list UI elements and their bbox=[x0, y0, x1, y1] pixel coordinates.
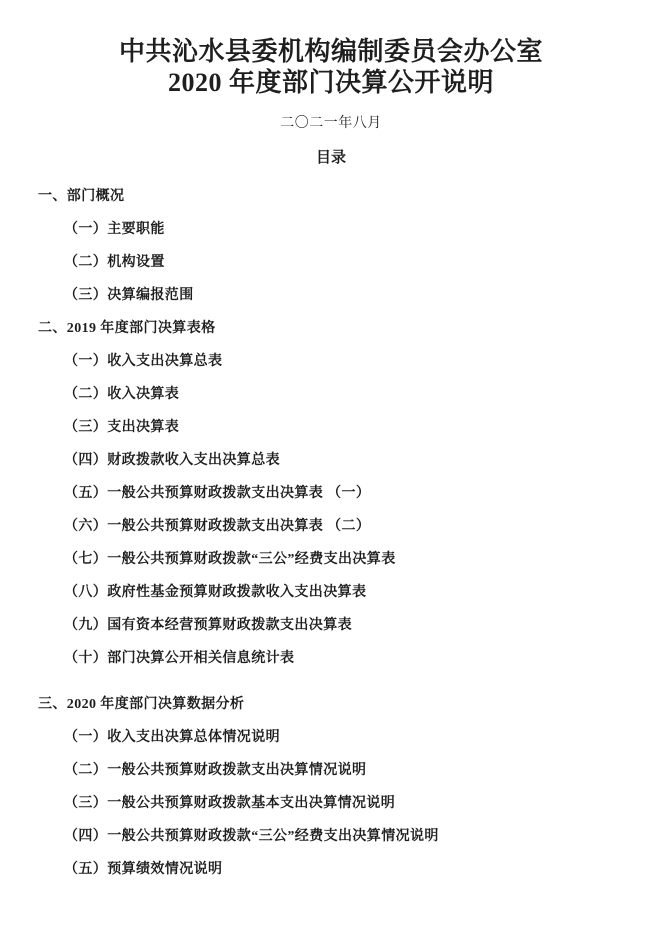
toc-item: （十）部门决算公开相关信息统计表 bbox=[0, 642, 662, 675]
toc-section-3-heading: 三、2020 年度部门决算数据分析 bbox=[0, 688, 662, 721]
toc-item: （七）一般公共预算财政拨款“三公”经费支出决算表 bbox=[0, 543, 662, 576]
toc-item: （三）决算编报范围 bbox=[0, 279, 662, 312]
toc-item: （四）一般公共预算财政拨款“三公”经费支出决算情况说明 bbox=[0, 820, 662, 853]
document-date: 二〇二一年八月 bbox=[0, 114, 662, 134]
toc-item: （一）收入支出决算总表 bbox=[0, 345, 662, 378]
document-title-line2: 2020 年度部门决算公开说明 bbox=[0, 67, 662, 98]
table-of-contents: 一、部门概况 （一）主要职能 （二）机构设置 （三）决算编报范围 二、2019 … bbox=[0, 180, 662, 886]
document-title: 中共沁水县委机构编制委员会办公室 2020 年度部门决算公开说明 bbox=[0, 36, 662, 98]
toc-item: （八）政府性基金预算财政拨款收入支出决算表 bbox=[0, 576, 662, 609]
toc-item: （二）收入决算表 bbox=[0, 378, 662, 411]
toc-section-2-heading: 二、2019 年度部门决算表格 bbox=[0, 312, 662, 345]
toc-item: （五）一般公共预算财政拨款支出决算表 （一） bbox=[0, 477, 662, 510]
toc-item: （二）机构设置 bbox=[0, 246, 662, 279]
toc-item: （一）收入支出决算总体情况说明 bbox=[0, 721, 662, 754]
toc-item: （二）一般公共预算财政拨款支出决算情况说明 bbox=[0, 754, 662, 787]
toc-item: （三）一般公共预算财政拨款基本支出决算情况说明 bbox=[0, 787, 662, 820]
toc-item: （三）支出决算表 bbox=[0, 411, 662, 444]
toc-item: （一）主要职能 bbox=[0, 213, 662, 246]
toc-item: （五）预算绩效情况说明 bbox=[0, 853, 662, 886]
toc-item: （四）财政拨款收入支出决算总表 bbox=[0, 444, 662, 477]
toc-item: （六）一般公共预算财政拨款支出决算表 （二） bbox=[0, 510, 662, 543]
document-page: 中共沁水县委机构编制委员会办公室 2020 年度部门决算公开说明 二〇二一年八月… bbox=[0, 0, 662, 936]
document-title-line1: 中共沁水县委机构编制委员会办公室 bbox=[0, 36, 662, 67]
toc-item: （九）国有资本经营预算财政拨款支出决算表 bbox=[0, 609, 662, 642]
toc-section-1-heading: 一、部门概况 bbox=[0, 180, 662, 213]
toc-title: 目录 bbox=[0, 148, 662, 168]
